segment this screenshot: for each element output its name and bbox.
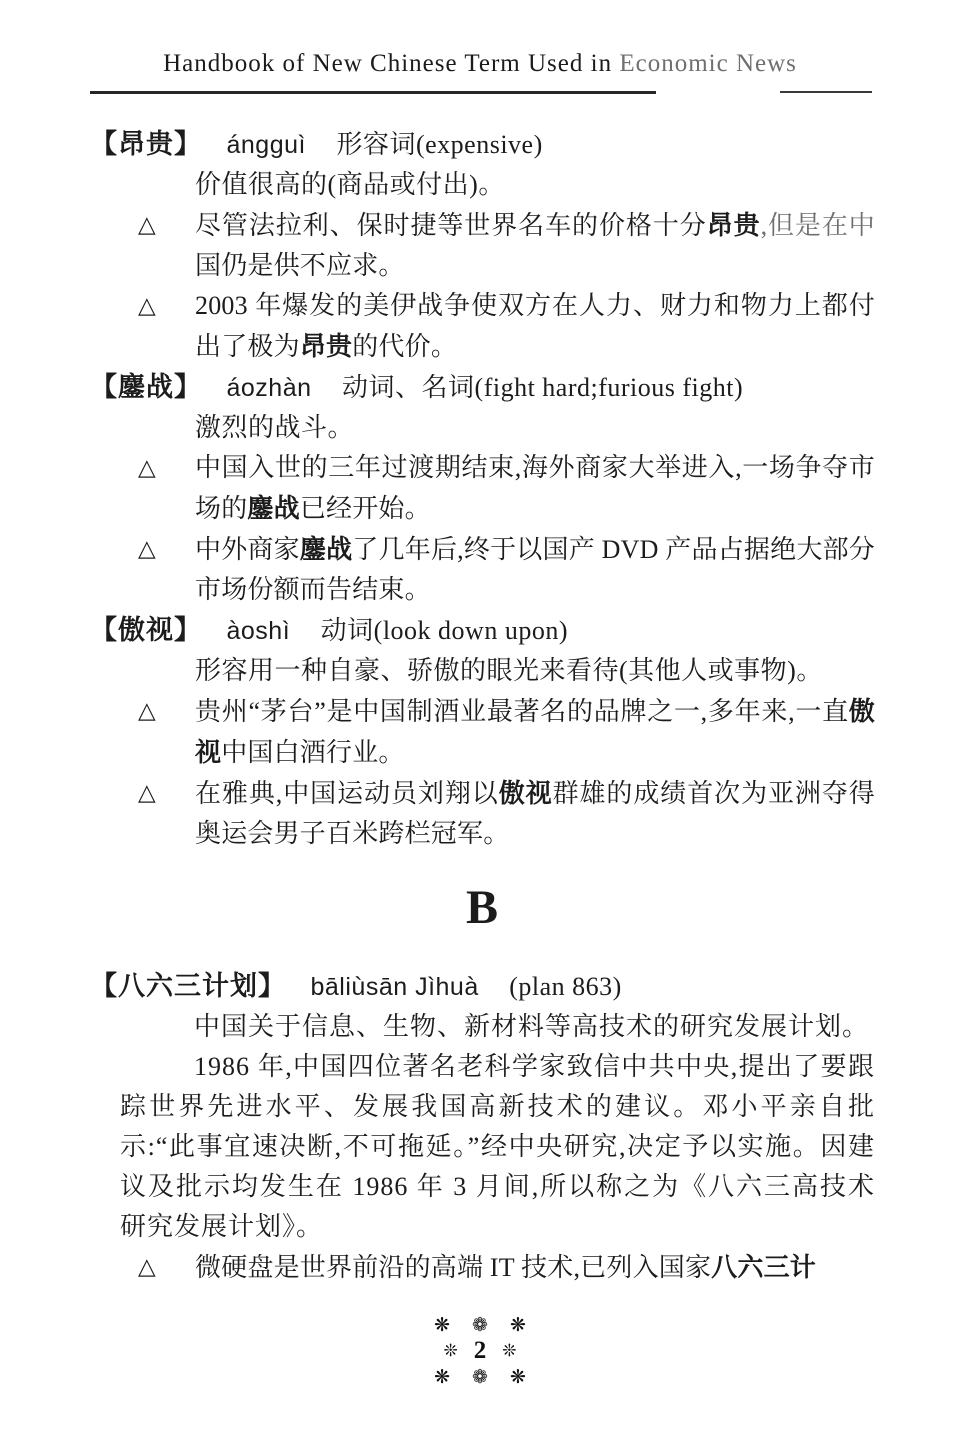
triangle-example-marker: △ xyxy=(138,529,156,569)
dict-entry-plan863: 【八六三计划】 bāliùsān Jìhuà (plan 863) 中国关于信息… xyxy=(90,966,875,1288)
entry-definition: 中国关于信息、生物、新材料等高技术的研究发展计划。 xyxy=(120,1007,875,1047)
entry-pos: 形容词(expensive) xyxy=(336,130,542,159)
entry-pinyin: àoshì xyxy=(227,617,291,645)
page-footer: ❋ ❁ ❋ ❊ 2 ❊ ❋ ❁ ❋ xyxy=(0,1314,960,1388)
fleuron-ornament-bottom: ❋ ❁ ❋ xyxy=(426,1366,534,1388)
dictionary-body: 【昂贵】 ángguì 形容词(expensive) 价值很高的(商品或付出)。… xyxy=(90,124,875,1288)
example-item: △ 中国入世的三年过渡期结束,海外商家大举进入,一场争夺市场的鏖战已经开始。 xyxy=(90,448,875,529)
entry-headword: 【傲视】 xyxy=(90,615,202,645)
scanned-page: Handbook of New Chinese Term Used in Eco… xyxy=(0,0,960,1449)
entry-pinyin: bāliùsān Jìhuà xyxy=(311,973,479,1001)
entry-head-line: 【昂贵】 ángguì 形容词(expensive) xyxy=(90,124,875,165)
example-text: 中外商家鏖战了几年后,终于以国产 DVD 产品占据绝大部分市场份额而告结束。 xyxy=(195,529,875,610)
example-item: △ 贵州“茅台”是中国制酒业最著名的品牌之一,多年来,一直傲视中国白酒行业。 xyxy=(90,691,875,773)
header-rule-right-segment xyxy=(780,91,872,93)
entry-headword: 【鏖战】 xyxy=(90,372,202,402)
entry-definition: 形容用一种自豪、骄傲的眼光来看待(其他人或事物)。 xyxy=(90,651,875,691)
example-text: 2003 年爆发的美伊战争使双方在人力、财力和物力上都付出了极为昂贵的代价。 xyxy=(195,286,875,367)
section-letter-heading: B xyxy=(90,876,875,940)
fleuron-ornament-left: ❊ xyxy=(444,1336,458,1366)
entry-pos: 动词(look down upon) xyxy=(321,616,568,645)
fleuron-ornament-top: ❋ ❁ ❋ xyxy=(426,1314,534,1336)
entry-pinyin: áozhàn xyxy=(227,374,312,402)
example-text: 尽管法拉利、保时捷等世界名车的价格十分昂贵,但是在中国仍是供不应求。 xyxy=(195,205,875,286)
example-text: 贵州“茅台”是中国制酒业最著名的品牌之一,多年来,一直傲视中国白酒行业。 xyxy=(195,691,875,773)
entry-headword: 【八六三计划】 xyxy=(90,971,286,1001)
triangle-example-marker: △ xyxy=(138,286,156,326)
header-rule-left-segment xyxy=(90,91,656,94)
entry-body-paragraph: 1986 年,中国四位著名老科学家致信中共中央,提出了要跟踪世界先进水平、发展我… xyxy=(120,1047,875,1247)
entry-description-block: 中国关于信息、生物、新材料等高技术的研究发展计划。 1986 年,中国四位著名老… xyxy=(120,1007,875,1247)
entry-head-line: 【八六三计划】 bāliùsān Jìhuà (plan 863) xyxy=(90,966,875,1007)
dict-entry-anggui: 【昂贵】 ángguì 形容词(expensive) 价值很高的(商品或付出)。… xyxy=(90,124,875,367)
page-number: 2 xyxy=(474,1336,487,1366)
triangle-example-marker: △ xyxy=(138,1247,156,1287)
triangle-example-marker: △ xyxy=(138,205,156,245)
running-header-title: Handbook of New Chinese Term Used in Eco… xyxy=(0,0,960,78)
example-item: △ 微硬盘是世界前沿的高端 IT 技术,已列入国家八六三计 xyxy=(90,1247,875,1288)
entry-pos: 动词、名词(fight hard;furious fight) xyxy=(342,373,743,402)
triangle-example-marker: △ xyxy=(138,773,156,813)
entry-definition: 激烈的战斗。 xyxy=(90,408,875,448)
entry-head-line: 【傲视】 àoshì 动词(look down upon) xyxy=(90,610,875,651)
example-item: △ 中外商家鏖战了几年后,终于以国产 DVD 产品占据绝大部分市场份额而告结束。 xyxy=(90,529,875,610)
entry-head-line: 【鏖战】 áozhàn 动词、名词(fight hard;furious fig… xyxy=(90,367,875,408)
example-text: 微硬盘是世界前沿的高端 IT 技术,已列入国家八六三计 xyxy=(195,1247,875,1288)
entry-headword: 【昂贵】 xyxy=(90,129,202,159)
example-item: △ 尽管法拉利、保时捷等世界名车的价格十分昂贵,但是在中国仍是供不应求。 xyxy=(90,205,875,286)
triangle-example-marker: △ xyxy=(138,691,156,731)
example-item: △ 2003 年爆发的美伊战争使双方在人力、财力和物力上都付出了极为昂贵的代价。 xyxy=(90,286,875,367)
entry-pos: (plan 863) xyxy=(509,972,622,1001)
fleuron-ornament-right: ❊ xyxy=(502,1336,516,1366)
entry-definition: 价值很高的(商品或付出)。 xyxy=(90,165,875,205)
example-text: 在雅典,中国运动员刘翔以傲视群雄的成绩首次为亚洲夺得奥运会男子百米跨栏冠军。 xyxy=(195,773,875,854)
example-text: 中国入世的三年过渡期结束,海外商家大举进入,一场争夺市场的鏖战已经开始。 xyxy=(195,448,875,529)
triangle-example-marker: △ xyxy=(138,448,156,488)
entry-pinyin: ángguì xyxy=(227,131,306,159)
example-item: △ 在雅典,中国运动员刘翔以傲视群雄的成绩首次为亚洲夺得奥运会男子百米跨栏冠军。 xyxy=(90,773,875,854)
page-number-row: ❊ 2 ❊ xyxy=(444,1336,517,1366)
dict-entry-aoshi: 【傲视】 àoshì 动词(look down upon) 形容用一种自豪、骄傲… xyxy=(90,610,875,854)
header-rule xyxy=(90,90,872,94)
dict-entry-aozhan: 【鏖战】 áozhàn 动词、名词(fight hard;furious fig… xyxy=(90,367,875,610)
